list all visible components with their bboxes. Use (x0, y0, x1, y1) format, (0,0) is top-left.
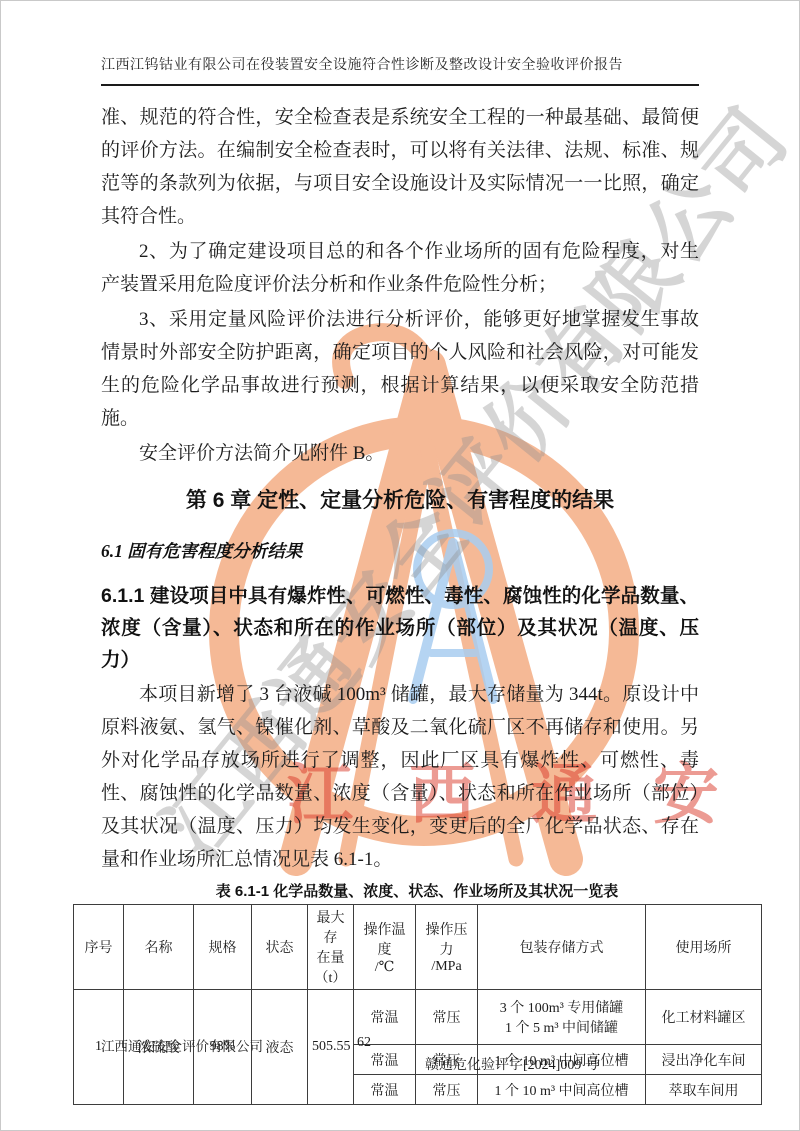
column-header-spec: 规格 (194, 905, 252, 990)
paragraph-checklist: 准、规范的符合性，安全检查表是系统安全工程的一种最基础、最简便的评价方法。在编制… (101, 101, 699, 233)
cell-pressure: 常压 (416, 990, 478, 1045)
footer-page-number: 62 (357, 1035, 371, 1051)
paragraph-appendix-note: 安全评价方法简介见附件 B。 (101, 437, 699, 470)
cell-temp: 常温 (354, 1075, 416, 1105)
paragraph-item2: 2、为了确定建设项目总的和各个作业场所的固有危险程度，对生产装置采用危险度评价法… (101, 235, 699, 301)
chemicals-table: 序号 名称 规格 状态 最大存 在量 （t） 操作温度 /℃ 操作压力 /MPa… (73, 904, 762, 1105)
cell-storage: 1 个 10 m³ 中间高位槽 (478, 1075, 646, 1105)
column-header-name: 名称 (124, 905, 194, 990)
table-header-row: 序号 名称 规格 状态 最大存 在量 （t） 操作温度 /℃ 操作压力 /MPa… (74, 905, 762, 990)
column-header-op-pressure: 操作压力 /MPa (416, 905, 478, 990)
cell-location: 萃取车间用 (646, 1075, 762, 1105)
document-page: 江西通安全评价有限公司 江西通安 江西江钨钴业有限公司在役装置安全设施符合性诊断… (0, 0, 800, 1131)
report-header-title: 江西江钨钴业有限公司在役装置安全设施符合性诊断及整改设计安全验收评价报告 (101, 55, 699, 86)
column-header-op-temperature: 操作温度 /℃ (354, 905, 416, 990)
column-header-storage: 包装存储方式 (478, 905, 646, 990)
cell-pressure: 常压 (416, 1075, 478, 1105)
cell-location: 浸出净化车间 (646, 1045, 762, 1075)
paragraph-item3: 3、采用定量风险评价法进行分析评价，能够更好地掌握发生事故情景时外部安全防护距离… (101, 303, 699, 435)
column-header-location: 使用场所 (646, 905, 762, 990)
column-header-max-amount: 最大存 在量 （t） (308, 905, 354, 990)
page-content: 江西江钨钴业有限公司在役装置安全设施符合性诊断及整改设计安全验收评价报告 准、规… (1, 1, 799, 1105)
column-header-seq: 序号 (74, 905, 124, 990)
footer-company-name: 江西通安安全评价有限公司 (101, 1035, 263, 1055)
cell-location: 化工材料罐区 (646, 990, 762, 1045)
column-header-state: 状态 (252, 905, 308, 990)
cell-storage: 3 个 100m³ 专用储罐 1 个 5 m³ 中间储罐 (478, 990, 646, 1045)
paragraph-project-summary: 本项目新增了 3 台液碱 100m³ 储罐，最大存储量为 344t。原设计中原料… (101, 678, 699, 876)
table-6-1-1-caption: 表 6.1-1 化学品数量、浓度、状态、作业场所及其状况一览表 (73, 880, 761, 901)
cell-max-amount: 505.55 (308, 990, 354, 1105)
footer-cert-number: 赣通危化验评字[2024]009 号 (425, 1054, 599, 1074)
section-6-1-title: 6.1 固有危害程度分析结果 (101, 540, 699, 562)
section-6-1-1-title: 6.1.1 建设项目中具有爆炸性、可燃性、毒性、腐蚀性的化学品数量、浓度（含量）… (101, 580, 699, 676)
chapter-6-title: 第 6 章 定性、定量分析危险、有害程度的结果 (101, 486, 699, 516)
chemicals-table-wrapper: 序号 名称 规格 状态 最大存 在量 （t） 操作温度 /℃ 操作压力 /MPa… (73, 904, 761, 1105)
